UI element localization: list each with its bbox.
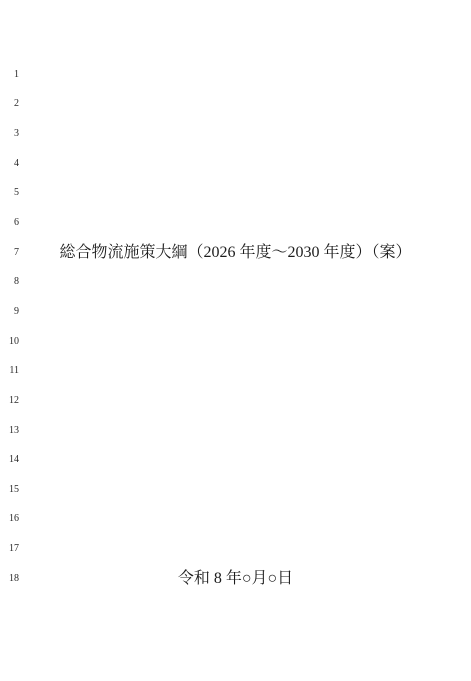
line-number: 8	[0, 277, 19, 287]
document-line: 16	[0, 505, 471, 535]
line-number: 9	[0, 307, 19, 317]
line-number: 1	[0, 70, 19, 80]
document-line: 5	[0, 179, 471, 209]
document-line: 11	[0, 356, 471, 386]
document-line: 12	[0, 386, 471, 416]
line-number: 14	[0, 455, 19, 465]
document-line: 15	[0, 475, 471, 505]
line-number: 13	[0, 426, 19, 436]
line-number: 7	[0, 248, 19, 258]
document-line: 6	[0, 208, 471, 238]
document-date: 令和 8 年○月○日	[47, 571, 424, 587]
line-number: 17	[0, 544, 19, 554]
line-number: 2	[0, 99, 19, 109]
line-number: 10	[0, 337, 19, 347]
document-line: 8	[0, 267, 471, 297]
document-title: 総合物流施策大綱（2026 年度～2030 年度）（案）	[47, 245, 424, 261]
document-line: 3	[0, 119, 471, 149]
document-line: 7 総合物流施策大綱（2026 年度～2030 年度）（案）	[0, 238, 471, 268]
document-line: 2	[0, 90, 471, 120]
document-line: 9	[0, 297, 471, 327]
line-number: 15	[0, 485, 19, 495]
document-line: 18 令和 8 年○月○日	[0, 564, 471, 594]
line-number: 18	[0, 574, 19, 584]
document-page: 1 2 3 4 5 6 7 総合物流施策大綱（2026 年度～2030 年度）（…	[0, 0, 471, 681]
line-number: 11	[0, 366, 19, 376]
document-line: 17	[0, 534, 471, 564]
line-number: 3	[0, 129, 19, 139]
line-number: 16	[0, 514, 19, 524]
document-line: 4	[0, 149, 471, 179]
document-line: 10	[0, 327, 471, 357]
line-number: 5	[0, 188, 19, 198]
line-number: 12	[0, 396, 19, 406]
line-number-gutter: 1 2 3 4 5 6 7 総合物流施策大綱（2026 年度～2030 年度）（…	[0, 60, 471, 594]
line-number: 6	[0, 218, 19, 228]
document-line: 14	[0, 445, 471, 475]
document-line: 1	[0, 60, 471, 90]
document-line: 13	[0, 416, 471, 446]
line-number: 4	[0, 159, 19, 169]
